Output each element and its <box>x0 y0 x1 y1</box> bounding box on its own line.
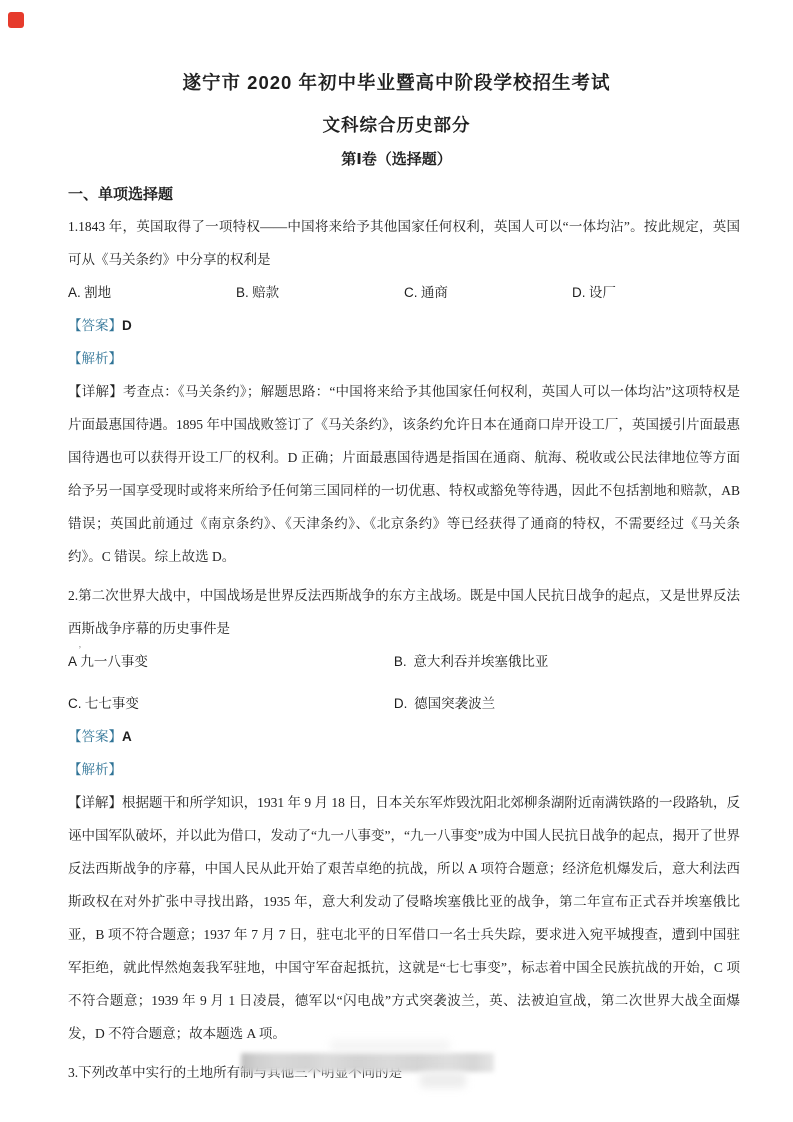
option-b: B. 意大利吞并埃塞俄比亚 <box>394 645 740 678</box>
option-label: C. <box>404 285 418 300</box>
analysis-row: 【解析】 <box>68 753 740 786</box>
analysis-row: 【解析】 <box>68 342 740 375</box>
options-row: A. 割地 B. 赔款 C. 通商 D. 设厂 <box>68 276 740 309</box>
option-text: 割地 <box>84 285 111 300</box>
option-d: D. 设厂 <box>572 276 740 309</box>
option-label: A <box>68 654 77 669</box>
option-c: C. 七七事变 <box>68 687 394 720</box>
option-text: 七七事变 <box>85 696 139 711</box>
option-text: 九一八事变 <box>80 654 148 669</box>
page-subtitle: 文科综合历史部分 <box>0 115 793 135</box>
answer-label: 【答案】 <box>68 729 122 744</box>
question-stem: 2.第二次世界大战中，中国战场是世界反法西斯战争的东方主战场。既是中国人民抗日战… <box>68 579 740 645</box>
analysis-label: 【解析】 <box>68 762 122 777</box>
answer-label: 【答案】 <box>68 318 122 333</box>
answer-row: 【答案】D <box>68 309 740 342</box>
question-block-2: 2.第二次世界大战中，中国战场是世界反法西斯战争的东方主战场。既是中国人民抗日战… <box>68 579 740 1050</box>
stray-scan-mark: ’ <box>78 645 82 656</box>
option-label: D. <box>572 285 586 300</box>
analysis-label: 【解析】 <box>68 351 122 366</box>
blurred-watermark <box>241 1053 494 1072</box>
questions-content: 1.1843 年，英国取得了一项特权——中国将来给予其他国家任何权利，英国人可以… <box>68 210 740 1089</box>
detail-text: 考查点：《马关条约》；解题思路：“中国将来给予其他国家任何权利，英国人可以一体均… <box>68 384 740 564</box>
detail-text: 根据题干和所学知识，1931 年 9 月 18 日，日本关东军炸毁沈阳北郊柳条湖… <box>68 795 740 1041</box>
answer-value: D <box>122 318 132 333</box>
option-a: A. 割地 <box>68 276 236 309</box>
watermark-smudge <box>420 1072 466 1088</box>
option-text: 设厂 <box>589 285 616 300</box>
part-heading: 一、单项选择题 <box>68 186 740 204</box>
watermark-smudge <box>330 1040 450 1052</box>
option-c: C. 通商 <box>404 276 572 309</box>
answer-row: 【答案】A <box>68 720 740 753</box>
option-text: 德国突袭波兰 <box>414 696 495 711</box>
answer-value: A <box>122 729 132 744</box>
option-b: B. 赔款 <box>236 276 404 309</box>
detail-paragraph: 【详解】考查点：《马关条约》；解题思路：“中国将来给予其他国家任何权利，英国人可… <box>68 375 740 573</box>
option-label: B. <box>236 285 249 300</box>
red-square-marker-icon <box>8 12 24 28</box>
exam-paper-page: 遂宁市 2020 年初中毕业暨高中阶段学校招生考试 文科综合历史部分 第Ⅰ卷（选… <box>0 0 793 1122</box>
option-text: 赔款 <box>252 285 279 300</box>
section-heading: 第Ⅰ卷（选择题） <box>0 151 793 169</box>
option-label: B. <box>394 654 407 669</box>
option-text: 意大利吞并埃塞俄比亚 <box>413 654 548 669</box>
question-block-1: 1.1843 年，英国取得了一项特权——中国将来给予其他国家任何权利，英国人可以… <box>68 210 740 573</box>
option-label: D. <box>394 696 408 711</box>
page-title: 遂宁市 2020 年初中毕业暨高中阶段学校招生考试 <box>0 72 793 93</box>
option-text: 通商 <box>421 285 448 300</box>
option-a: A 九一八事变 <box>68 645 394 678</box>
option-label: C. <box>68 696 82 711</box>
options-row-2: C. 七七事变 D. 德国突袭波兰 <box>68 687 740 720</box>
options-row-1: A 九一八事变 B. 意大利吞并埃塞俄比亚 <box>68 645 740 678</box>
detail-label: 【详解】 <box>68 384 123 399</box>
option-label: A. <box>68 285 81 300</box>
detail-label: 【详解】 <box>68 795 122 810</box>
option-d: D. 德国突袭波兰 <box>394 687 740 720</box>
detail-paragraph: 【详解】根据题干和所学知识，1931 年 9 月 18 日，日本关东军炸毁沈阳北… <box>68 786 740 1050</box>
question-stem: 1.1843 年，英国取得了一项特权——中国将来给予其他国家任何权利，英国人可以… <box>68 210 740 276</box>
